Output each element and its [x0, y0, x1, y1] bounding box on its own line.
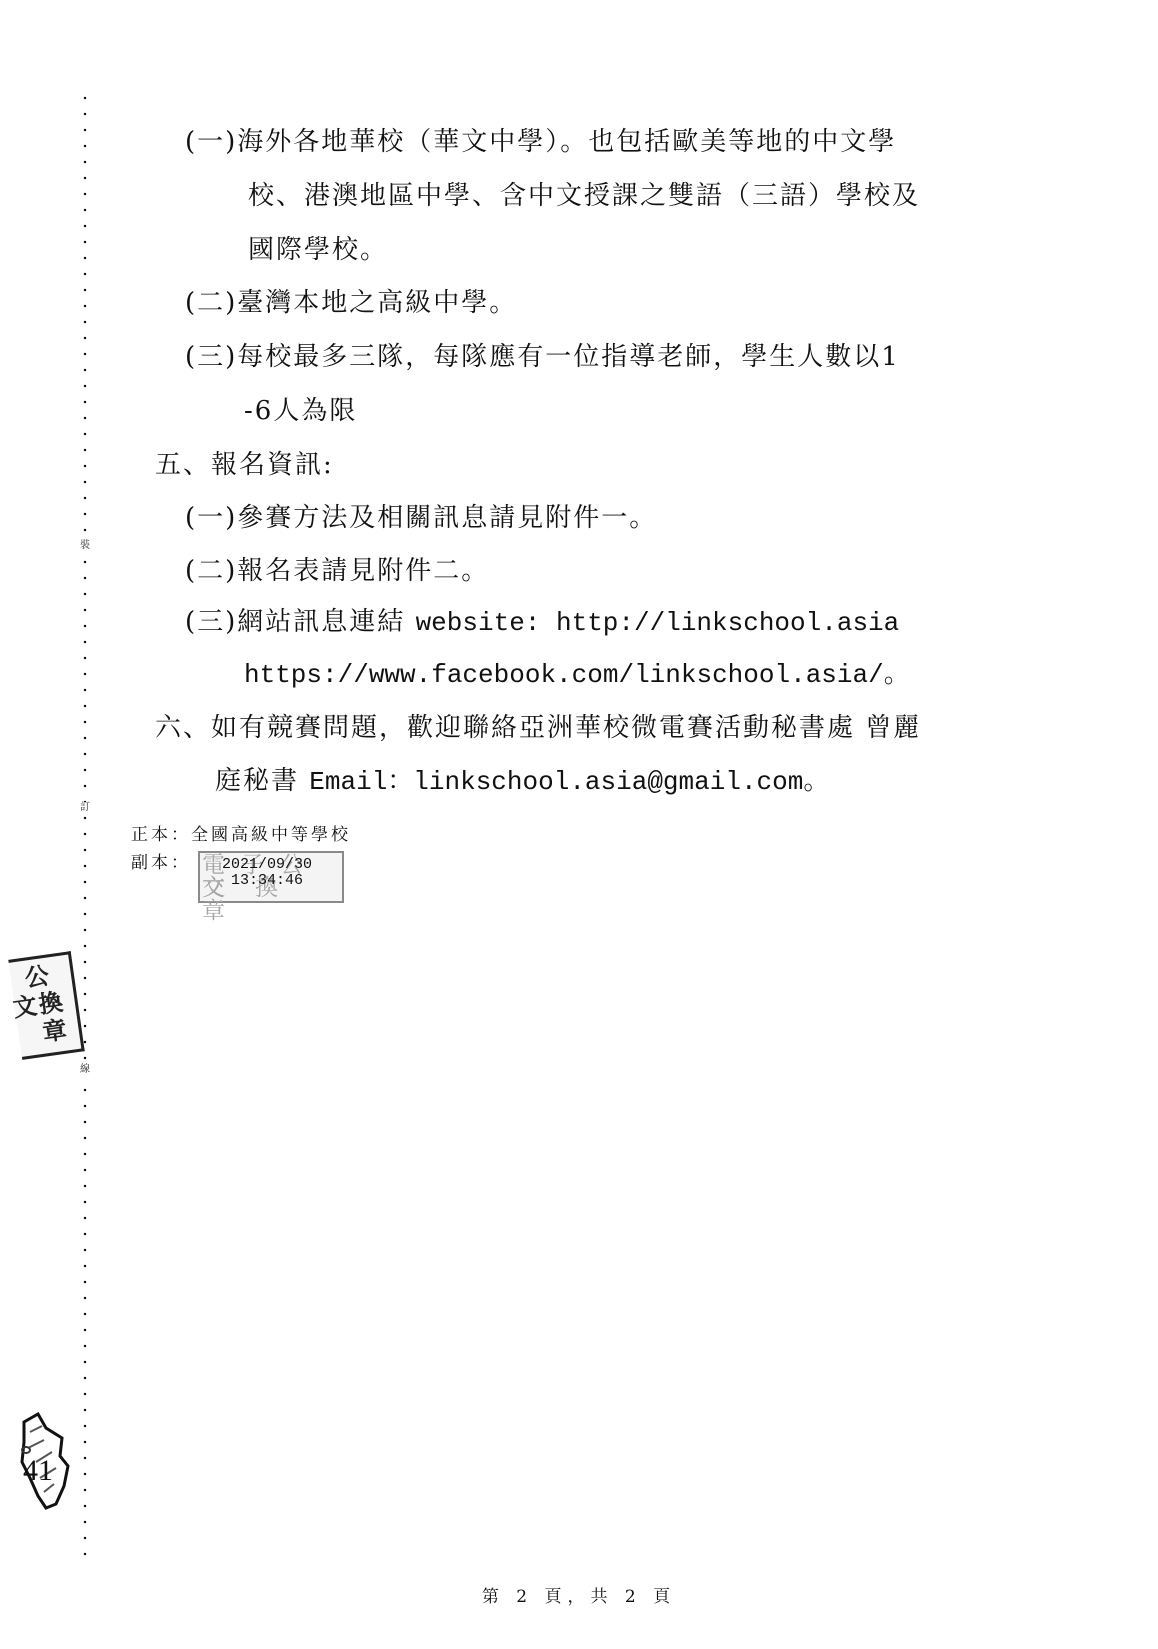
item-1-line-2: 校、港澳地區中學、含中文授課之雙語（三語）學校及 [248, 180, 920, 212]
item-text: 參賽方法及相關訊息請見附件一。 [237, 503, 657, 533]
item-3-line-2: -6人為限 [244, 395, 357, 427]
original-value: 全國高級中等學校 [191, 825, 351, 845]
section-6-line-1: 六、如有競賽問題，歡迎聯絡亞洲華校微電賽活動秘書處 曾麗 [155, 712, 921, 744]
item-text: 每校最多三隊，每隊應有一位指導老師，學生人數以1 [237, 342, 900, 372]
binding-dotted-line [83, 90, 87, 1560]
item-3-line-1: (三)每校最多三隊，每隊應有一位指導老師，學生人數以1 [185, 341, 900, 373]
item-text: 報名表請見附件二。 [237, 556, 489, 586]
seam-seal-stamp: 公 換 文 章 [8, 951, 84, 1060]
stamp-time: 13:34:46 [222, 873, 312, 889]
item-2-line-1: (二)臺灣本地之高級中學。 [185, 287, 517, 319]
copy-recipient-label: 副本： [131, 852, 191, 874]
item-1-line-1: (一)海外各地華校（華文中學）。也包括歐美等地的中文學 [185, 126, 896, 158]
page-number: 第 2 頁，共 2 頁 [0, 1582, 1158, 1607]
seal-number: 41 [23, 1456, 53, 1486]
binding-label-xian: 線 [80, 1064, 90, 1076]
original-recipient: 正本：全國高級中等學校 [131, 824, 351, 846]
original-label: 正本： [131, 825, 191, 845]
item-text: 臺灣本地之高級中學。 [237, 288, 517, 318]
stamp-date: 2021/09/30 [222, 857, 312, 873]
e-document-stamp: 電子公文 交換章 2021/09/30 13:34:46 [198, 851, 344, 903]
contact-email-link[interactable]: Email：linkschool.asia@gmail.com。 [309, 767, 829, 797]
stamp-datetime: 2021/09/30 13:34:46 [222, 857, 312, 889]
item-marker: (二) [185, 288, 237, 318]
binding-label-zhuang: 裝 [80, 540, 90, 552]
section-5-item-1: (一)參賽方法及相關訊息請見附件一。 [185, 502, 657, 534]
item-marker: (三) [185, 607, 237, 637]
contact-title: 庭秘書 [215, 766, 299, 796]
facebook-link[interactable]: https://www.facebook.com/linkschool.asia… [244, 659, 910, 691]
item-text: 海外各地華校（華文中學）。也包括歐美等地的中文學 [237, 127, 896, 157]
item-marker: (一) [185, 127, 237, 157]
section-5-item-3: (三)網站訊息連結 website: http://linkschool.asi… [185, 606, 899, 639]
seal-char: 文 [11, 991, 39, 1022]
website-link[interactable]: website: http://linkschool.asia [416, 608, 900, 638]
item-marker: (三) [185, 342, 237, 372]
item-1-line-3: 國際學校。 [248, 234, 388, 266]
section-5-heading: 五、報名資訊: [155, 449, 334, 481]
section-5-item-2: (二)報名表請見附件二。 [185, 555, 489, 587]
binding-label-ding: 訂 [80, 802, 90, 814]
section-6-line-2: 庭秘書 Email：linkschool.asia@gmail.com。 [215, 765, 829, 798]
item-text: 網站訊息連結 [237, 607, 405, 637]
seal-char: 章 [41, 1016, 69, 1047]
item-marker: (一) [185, 503, 237, 533]
item-marker: (二) [185, 556, 237, 586]
